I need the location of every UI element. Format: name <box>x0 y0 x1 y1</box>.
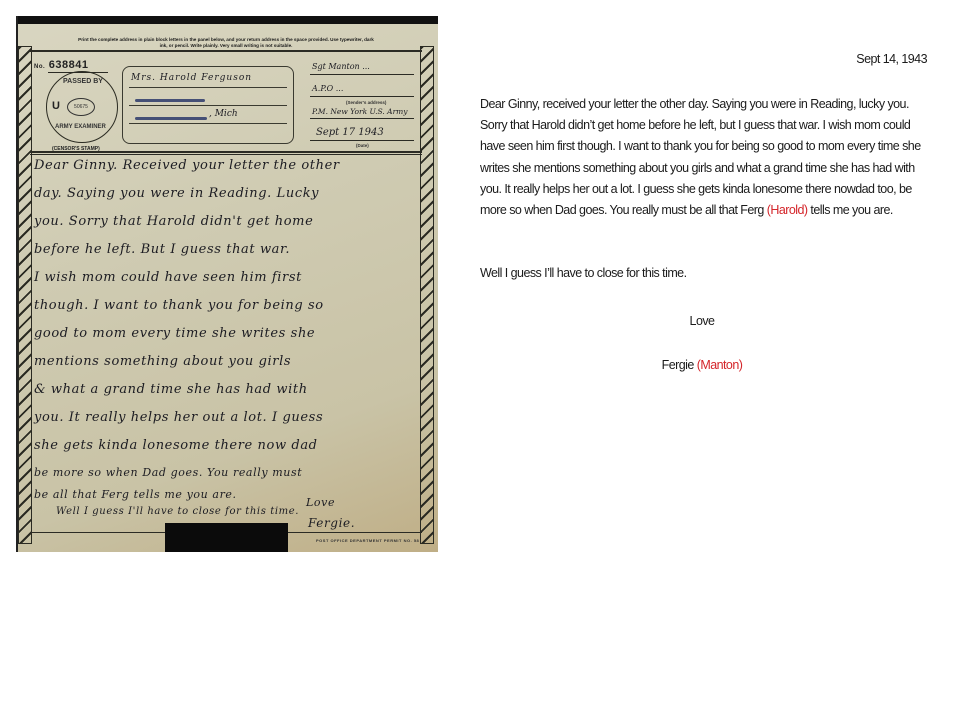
handwritten-line: mentions something about you girls <box>34 354 291 369</box>
return-rule <box>310 118 414 119</box>
return-rule <box>310 96 414 97</box>
handwritten-closing: Love <box>306 496 335 509</box>
scanned-vmail-letter: Print the complete address in plain bloc… <box>16 16 438 552</box>
serial-prefix: No. <box>34 64 45 70</box>
stamp-bottom-text: ARMY EXAMINER <box>55 124 106 130</box>
handwritten-line: you. Sorry that Harold didn't get home <box>34 214 313 229</box>
form-rule <box>30 154 422 155</box>
handwritten-line: I wish mom could have seen him first <box>34 270 302 285</box>
stamp-number: 50675 <box>67 98 95 116</box>
redacted-street-scribble <box>135 99 205 102</box>
stamp-letter: U <box>52 100 60 112</box>
return-address-label: (Sender's address) <box>346 100 386 105</box>
serial-value: 638841 <box>49 59 89 71</box>
recipient-address-box: Mrs. Harold Ferguson , Mich <box>122 66 294 144</box>
transcription-date: Sept 14, 1943 <box>856 52 927 66</box>
return-name: Sgt Manton ... <box>312 62 370 71</box>
hatched-margin-right <box>420 46 434 544</box>
recipient-name: Mrs. Harold Ferguson <box>131 73 252 83</box>
handwritten-line: before he left. But I guess that war. <box>34 242 290 257</box>
stamp-top-text: PASSED BY <box>63 78 103 85</box>
return-rule <box>310 140 414 141</box>
paragraph-text-end: tells me you are. <box>808 203 893 217</box>
handwritten-line: Dear Ginny. Received your letter the oth… <box>34 158 340 173</box>
scan-border <box>16 16 438 24</box>
redacted-city-scribble <box>135 117 207 120</box>
return-postmaster: P.M. New York U.S. Army <box>312 107 408 116</box>
permit-footer: POST OFFICE DEPARTMENT PERMIT NO. 58 <box>316 538 419 543</box>
transcription-signature: Fergie (Manton) <box>477 358 927 372</box>
editor-note-harold: (Harold) <box>767 203 808 217</box>
handwritten-line: you. It really helps her out a lot. I gu… <box>34 410 323 425</box>
letter-date: Sept 17 1943 <box>316 127 384 138</box>
redaction-bar <box>165 523 288 552</box>
handwritten-line: Well I guess I'll have to close for this… <box>56 506 299 517</box>
form-instructions: Print the complete address in plain bloc… <box>76 37 376 49</box>
editor-note-manton: (Manton) <box>697 358 743 372</box>
handwritten-signature: Fergie. <box>308 516 355 530</box>
serial-number: No. 638841 <box>34 59 88 71</box>
address-rule <box>129 87 287 88</box>
paragraph-text: Dear Ginny, received your letter the oth… <box>480 97 921 217</box>
handwritten-line: be all that Ferg tells me you are. <box>34 488 237 501</box>
return-rule <box>310 74 414 75</box>
form-rule <box>30 50 422 52</box>
hatched-margin-left <box>18 46 32 544</box>
censor-stamp: PASSED BY U 50675 ARMY EXAMINER <box>46 71 118 143</box>
transcription-paragraph-2: Well I guess I’ll have to close for this… <box>480 266 687 280</box>
date-label: (Date) <box>356 143 369 148</box>
address-rule <box>129 105 287 106</box>
handwritten-line: day. Saying you were in Reading. Lucky <box>34 186 319 201</box>
handwritten-line: be more so when Dad goes. You really mus… <box>34 466 302 479</box>
handwritten-line: good to mom every time she writes she <box>34 326 315 341</box>
transcription-closing: Love <box>477 314 927 328</box>
return-apo: A.P.O ... <box>312 84 343 93</box>
form-rule <box>30 151 422 153</box>
handwritten-line: though. I want to thank you for being so <box>34 298 324 313</box>
handwritten-line: & what a grand time she has had with <box>34 382 308 397</box>
address-rule <box>129 123 287 124</box>
handwritten-line: she gets kinda lonesome there now dad <box>34 438 318 453</box>
signature-name: Fergie <box>662 358 694 372</box>
recipient-state: , Mich <box>209 109 238 119</box>
transcription-paragraph-1: Dear Ginny, received your letter the oth… <box>480 94 930 221</box>
